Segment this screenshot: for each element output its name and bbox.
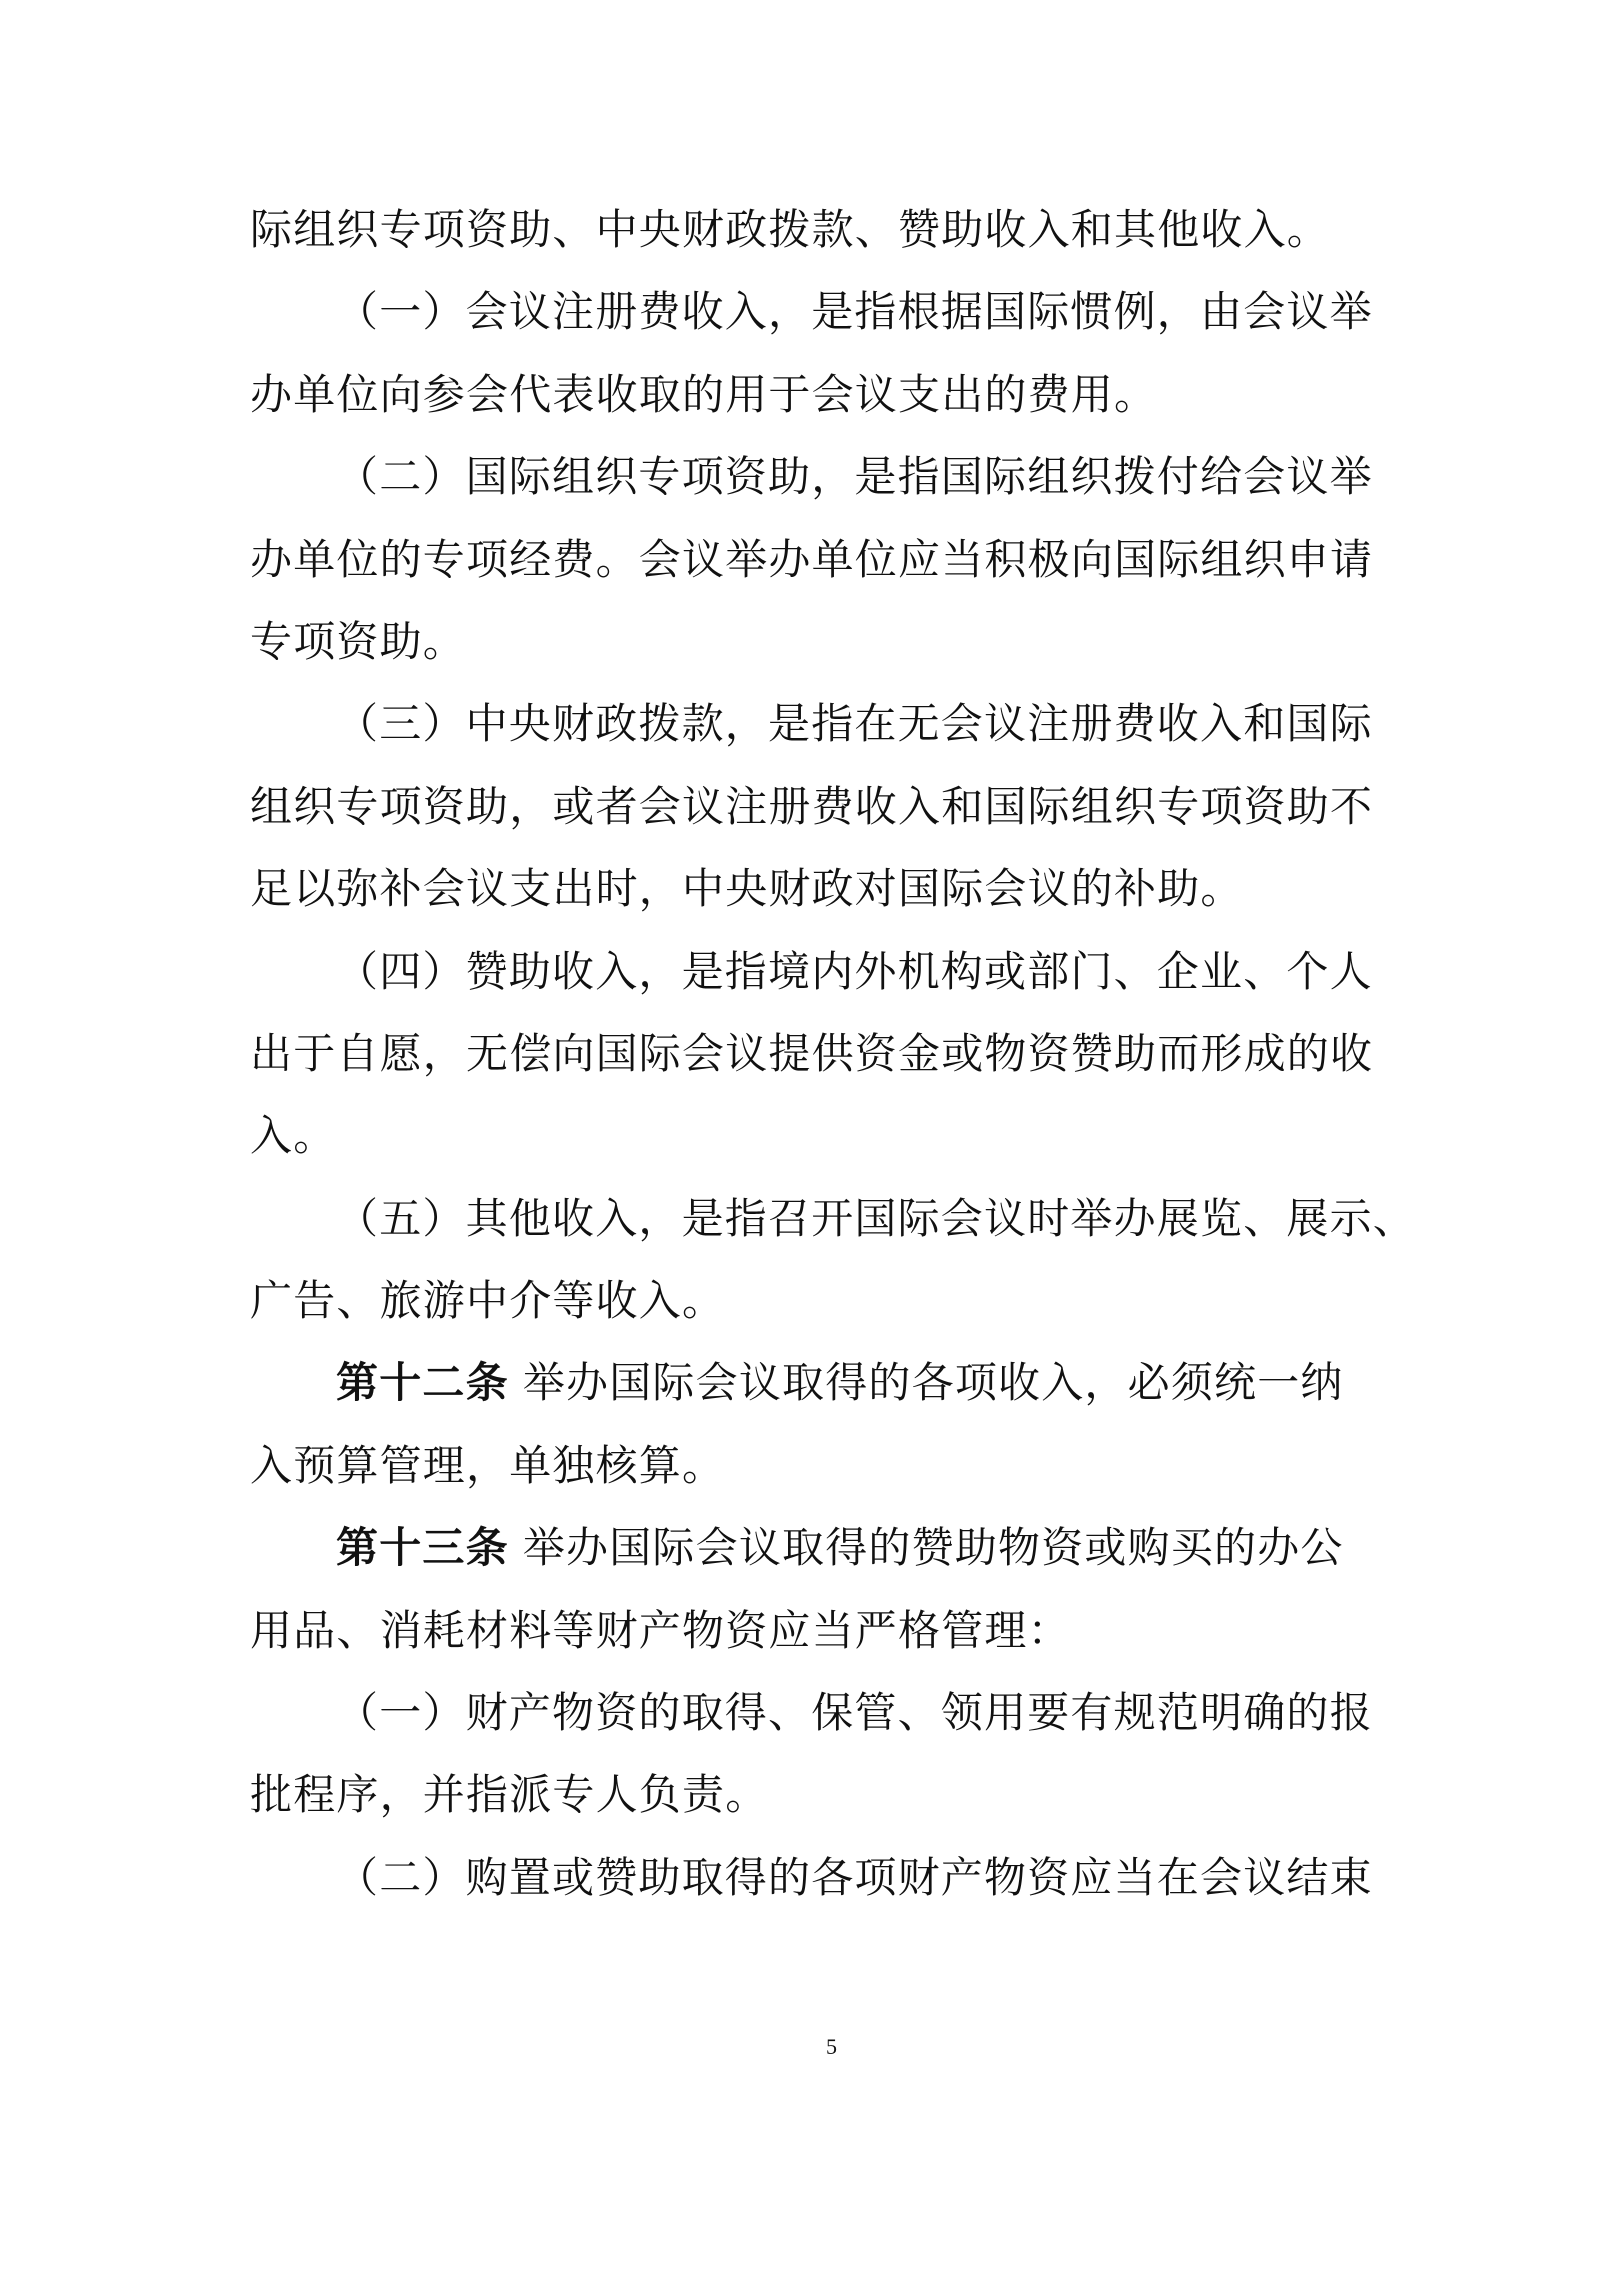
page-number: 5 bbox=[826, 2034, 837, 2060]
article-13-label: 第十三条 bbox=[336, 1523, 509, 1572]
paragraph-line: （五）其他收入，是指召开国际会议时举办展览、展示、 bbox=[250, 1178, 1378, 1260]
paragraph-line: 入。 bbox=[250, 1095, 1378, 1177]
paragraph-line: （二）购置或赞助取得的各项财产物资应当在会议结束 bbox=[250, 1837, 1378, 1919]
article-12-label: 第十二条 bbox=[336, 1358, 509, 1407]
paragraph-line: 用品、消耗材料等财产物资应当严格管理： bbox=[250, 1590, 1378, 1672]
document-body: 际组织专项资助、中央财政拨款、赞助收入和其他收入。 （一）会议注册费收入，是指根… bbox=[250, 189, 1378, 1919]
paragraph-line: 入预算管理，单独核算。 bbox=[250, 1425, 1378, 1507]
paragraph-line: （一）财产物资的取得、保管、领用要有规范明确的报 bbox=[250, 1672, 1378, 1754]
paragraph-line: 批程序，并指派专人负责。 bbox=[250, 1754, 1378, 1836]
paragraph-line: 组织专项资助，或者会议注册费收入和国际组织专项资助不 bbox=[250, 766, 1378, 848]
paragraph-line: 出于自愿，无偿向国际会议提供资金或物资赞助而形成的收 bbox=[250, 1013, 1378, 1095]
article-12-line: 第十二条举办国际会议取得的各项收入，必须统一纳 bbox=[250, 1342, 1378, 1424]
paragraph-line: 足以弥补会议支出时，中央财政对国际会议的补助。 bbox=[250, 848, 1378, 930]
paragraph-line: 办单位向参会代表收取的用于会议支出的费用。 bbox=[250, 354, 1378, 436]
article-13-line: 第十三条举办国际会议取得的赞助物资或购买的办公 bbox=[250, 1507, 1378, 1589]
document-page: 际组织专项资助、中央财政拨款、赞助收入和其他收入。 （一）会议注册费收入，是指根… bbox=[0, 0, 1620, 2292]
article-13-text: 举办国际会议取得的赞助物资或购买的办公 bbox=[523, 1523, 1344, 1572]
paragraph-line: 办单位的专项经费。会议举办单位应当积极向国际组织申请 bbox=[250, 519, 1378, 601]
paragraph-line: （二）国际组织专项资助，是指国际组织拨付给会议举 bbox=[250, 436, 1378, 518]
paragraph-line: （三）中央财政拨款，是指在无会议注册费收入和国际 bbox=[250, 683, 1378, 765]
article-12-text: 举办国际会议取得的各项收入，必须统一纳 bbox=[523, 1358, 1344, 1407]
paragraph-line: 专项资助。 bbox=[250, 601, 1378, 683]
paragraph-line: 广告、旅游中介等收入。 bbox=[250, 1260, 1378, 1342]
paragraph-line: 际组织专项资助、中央财政拨款、赞助收入和其他收入。 bbox=[250, 189, 1378, 271]
paragraph-line: （四）赞助收入，是指境内外机构或部门、企业、个人 bbox=[250, 931, 1378, 1013]
paragraph-line: （一）会议注册费收入，是指根据国际惯例，由会议举 bbox=[250, 271, 1378, 353]
